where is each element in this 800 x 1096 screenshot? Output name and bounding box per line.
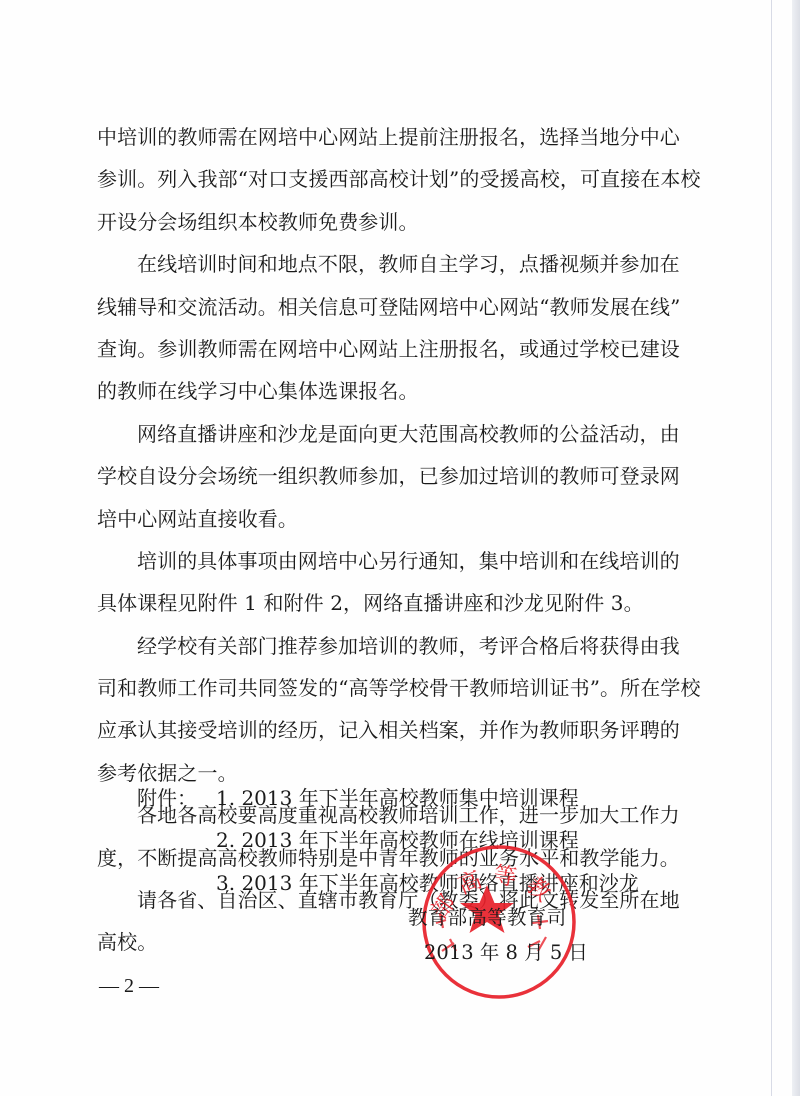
issue-date: 2013 年 8 月 5 日 [424,937,588,965]
text-line: 开设分会场组织本校教师免费参训。 [97,201,677,243]
text-line: 在线培训时间和地点不限，教师自主学习，点播视频并参加在 [97,243,677,285]
text-line: 高校。 [97,921,677,963]
text-line: 参训。列入我部“对口支援西部高校计划”的受援高校，可直接在本校 [97,158,677,200]
text-line: 的教师在线学习中心集体选课报名。 [97,370,677,412]
text-line: 查询。参训教师需在网培中心网站上注册报名，或通过学校已建设 [97,328,677,370]
document-page: 中培训的教师需在网培中心网站上提前注册报名，选择当地分中心 参训。列入我部“对口… [0,0,800,1096]
text-line: 中培训的教师需在网培中心网站上提前注册报名，选择当地分中心 [97,116,677,158]
issuer-signature: 教育部高等教育司 [408,902,566,930]
text-line: 经学校有关部门推荐参加培训的教师，考评合格后将获得由我 [97,625,677,667]
scan-edge-line [771,0,772,1096]
text-line: 学校自设分会场统一组织教师参加，已参加过培训的教师可登录网 [97,455,677,497]
attachment-title: 1. 2013 年下半年高校教师集中培训课程 [216,777,579,819]
text-line: 具体课程见附件 1 和附件 2，网络直播讲座和沙龙见附件 3。 [97,582,677,624]
attachments-label: 附件： [137,777,216,819]
attachment-title: 2. 2013 年下半年高校教师在线培训课程 [216,819,579,861]
text-line: 培中心网站直接收看。 [97,498,677,540]
scan-edge-shadow [792,0,800,1096]
attachment-item: 2. 2013 年下半年高校教师在线培训课程 [137,819,639,861]
attachment-item: 3. 2013 年下半年高校教师网络直播讲座和沙龙 [137,862,639,904]
text-line: 应承认其接受培训的经历，记入相关档案，并作为教师职务评聘的 [97,709,677,751]
attachments-list: 附件： 1. 2013 年下半年高校教师集中培训课程 2. 2013 年下半年高… [137,777,639,904]
text-line: 培训的具体事项由网培中心另行通知，集中培训和在线培训的 [97,540,677,582]
text-line: 网络直播讲座和沙龙是面向更大范围高校教师的公益活动，由 [97,413,677,455]
attachment-item: 附件： 1. 2013 年下半年高校教师集中培训课程 [137,777,639,819]
attachment-title: 3. 2013 年下半年高校教师网络直播讲座和沙龙 [216,862,639,904]
text-line: 司和教师工作司共同签发的“高等学校骨干教师培训证书”。所在学校 [97,667,677,709]
text-line: 线辅导和交流活动。相关信息可登陆网培中心网站“教师发展在线” [97,286,677,328]
page-number: — 2 — [99,975,159,998]
